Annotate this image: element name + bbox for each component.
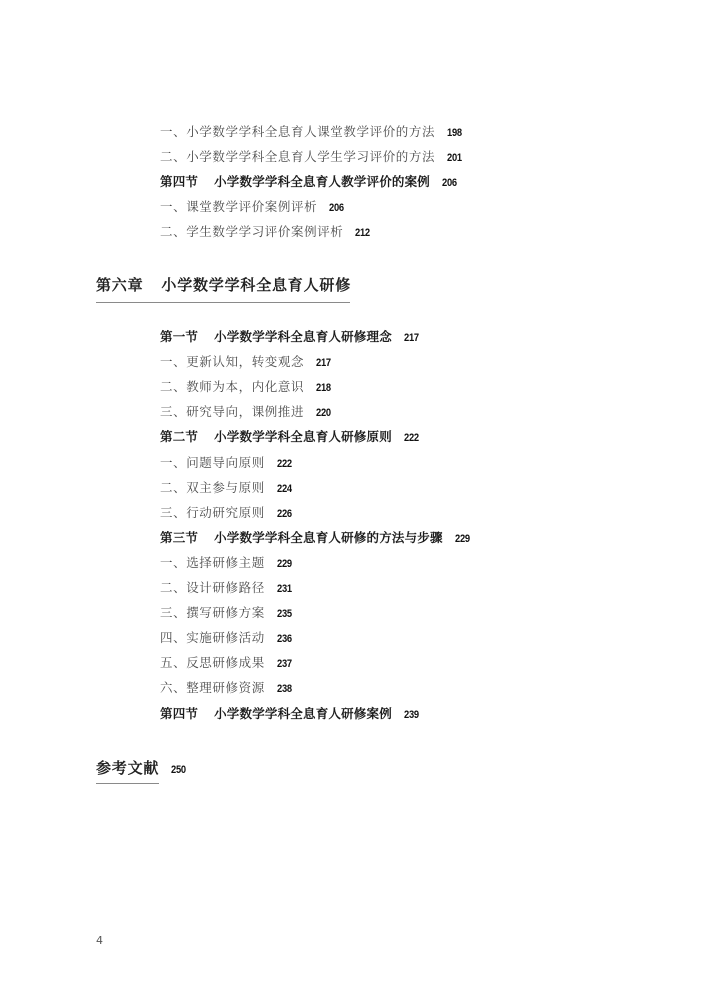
toc-item-entry[interactable]: 二、教师为本，内化意识218: [160, 379, 334, 396]
toc-section-entry[interactable]: 第四节小学数学学科全息育人教学评价的案例206: [160, 174, 459, 191]
toc-item-entry[interactable]: 二、双主参与原则224: [160, 480, 294, 497]
toc-item-entry[interactable]: 三、撰写研修方案235: [160, 605, 294, 622]
entry-title: 一、更新认知，转变观念: [160, 354, 304, 369]
section-label: 第四节: [160, 174, 198, 189]
chapter-label: 第六章: [96, 276, 143, 294]
entry-page-number: 201: [447, 150, 462, 166]
entry-title: 小学数学学科全息育人研修原则: [214, 429, 392, 444]
references-title: 参考文献: [96, 759, 159, 777]
references-page: 250: [171, 760, 186, 780]
entry-page-number: 231: [277, 581, 292, 597]
entry-title: 三、行动研究原则: [160, 505, 265, 520]
toc-item-entry[interactable]: 五、反思研修成果237: [160, 655, 294, 672]
section-label: 第四节: [160, 706, 198, 721]
references-heading[interactable]: 参考文献250: [96, 758, 189, 780]
toc-item-entry[interactable]: 三、行动研究原则226: [160, 505, 294, 522]
entry-title: 小学数学学科全息育人教学评价的案例: [214, 174, 430, 189]
entry-title: 小学数学学科全息育人研修理念: [214, 329, 392, 344]
entry-page-number: 229: [455, 531, 470, 547]
toc-section-entry[interactable]: 第三节小学数学学科全息育人研修的方法与步骤229: [160, 530, 472, 547]
entry-title: 二、学生数学学习评价案例评析: [160, 224, 343, 239]
references-underline: [96, 783, 159, 784]
entry-title: 三、撰写研修方案: [160, 605, 265, 620]
toc-item-entry[interactable]: 四、实施研修活动236: [160, 630, 294, 647]
toc-item-entry[interactable]: 一、更新认知，转变观念217: [160, 354, 334, 371]
entry-title: 二、设计研修路径: [160, 580, 265, 595]
toc-item-entry[interactable]: 二、小学数学学科全息育人学生学习评价的方法201: [160, 149, 465, 166]
entry-title: 一、问题导向原则: [160, 455, 265, 470]
entry-page-number: 212: [355, 225, 370, 241]
entry-page-number: 237: [277, 656, 292, 672]
page-number: 4: [96, 934, 103, 947]
toc-section-entry[interactable]: 第四节小学数学学科全息育人研修案例239: [160, 706, 421, 723]
entry-title: 一、选择研修主题: [160, 555, 265, 570]
entry-title: 五、反思研修成果: [160, 655, 265, 670]
section-label: 第三节: [160, 530, 198, 545]
entry-page-number: 235: [277, 606, 292, 622]
entry-page-number: 238: [277, 681, 292, 697]
entry-page-number: 226: [277, 506, 292, 522]
entry-title: 一、课堂教学评价案例评析: [160, 199, 317, 214]
entry-title: 二、双主参与原则: [160, 480, 265, 495]
toc-section-entry[interactable]: 第一节小学数学学科全息育人研修理念217: [160, 329, 421, 346]
entry-page-number: 222: [277, 456, 292, 472]
entry-page-number: 198: [447, 125, 462, 141]
section-label: 第一节: [160, 329, 198, 344]
entry-page-number: 218: [316, 380, 331, 396]
entry-title: 三、研究导向，课例推进: [160, 404, 304, 419]
toc-item-entry[interactable]: 三、研究导向，课例推进220: [160, 404, 334, 421]
entry-title: 六、整理研修资源: [160, 680, 265, 695]
toc-item-entry[interactable]: 一、问题导向原则222: [160, 455, 294, 472]
entry-page-number: 206: [329, 200, 344, 216]
entry-title: 小学数学学科全息育人研修案例: [214, 706, 392, 721]
entry-title: 二、教师为本，内化意识: [160, 379, 304, 394]
toc-section-entry[interactable]: 第二节小学数学学科全息育人研修原则222: [160, 429, 421, 446]
toc-item-entry[interactable]: 一、选择研修主题229: [160, 555, 294, 572]
chapter-title: 小学数学学科全息育人研修: [161, 276, 351, 294]
entry-page-number: 217: [316, 355, 331, 371]
entry-page-number: 222: [404, 430, 419, 446]
toc-item-entry[interactable]: 二、设计研修路径231: [160, 580, 294, 597]
entry-page-number: 236: [277, 631, 292, 647]
entry-page-number: 220: [316, 405, 331, 421]
entry-page-number: 217: [404, 330, 419, 346]
entry-page-number: 206: [442, 175, 457, 191]
toc-item-entry[interactable]: 二、学生数学学习评价案例评析212: [160, 224, 373, 241]
section-label: 第二节: [160, 429, 198, 444]
chapter-underline: [96, 302, 350, 303]
entry-page-number: 239: [404, 707, 419, 723]
toc-item-entry[interactable]: 一、课堂教学评价案例评析206: [160, 199, 347, 216]
chapter-heading[interactable]: 第六章小学数学学科全息育人研修: [96, 275, 351, 295]
entry-title: 二、小学数学学科全息育人学生学习评价的方法: [160, 149, 435, 164]
entry-page-number: 229: [277, 556, 292, 572]
entry-title: 小学数学学科全息育人研修的方法与步骤: [214, 530, 443, 545]
entry-page-number: 224: [277, 481, 292, 497]
toc-item-entry[interactable]: 六、整理研修资源238: [160, 680, 294, 697]
toc-item-entry[interactable]: 一、小学数学学科全息育人课堂教学评价的方法198: [160, 124, 465, 141]
entry-title: 一、小学数学学科全息育人课堂教学评价的方法: [160, 124, 435, 139]
entry-title: 四、实施研修活动: [160, 630, 265, 645]
